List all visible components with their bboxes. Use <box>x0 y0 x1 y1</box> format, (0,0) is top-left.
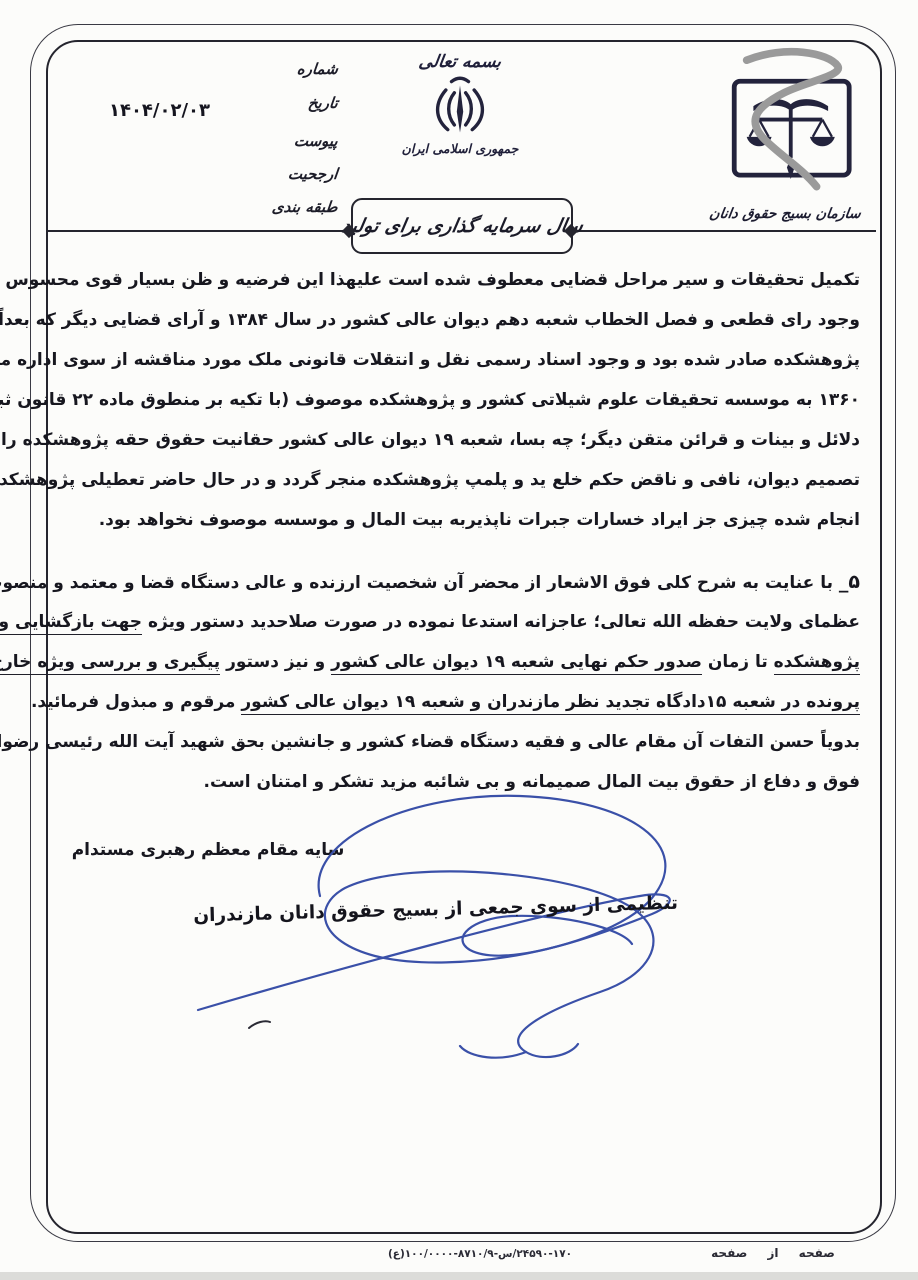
date-value: ۱۴۰۴/۰۲/۰۳ <box>92 100 227 121</box>
body-line: پژوهشکده تا زمان صدور حکم نهایی شعبه ۱۹ … <box>60 642 860 682</box>
underlined-segment: جهت بازگشایی و رفع پلمپ <box>0 612 142 635</box>
body-line: عظمای ولایت حفظه الله تعالی؛ عاجزانه است… <box>60 602 860 642</box>
field-label-date: تاریخ <box>307 94 339 112</box>
body-line: ۱۳۶۰ به موسسه تحقیقات علوم شیلاتی کشور و… <box>60 380 860 420</box>
organization-logo: سازمان بسیج حقوق دانان <box>694 44 876 222</box>
country-name: جمهوری اسلامی ایران <box>378 141 542 156</box>
body-line: تکمیل تحقیقات و سیر مراحل قضایی معطوف شد… <box>60 260 860 300</box>
item-number: ۵_ <box>839 571 860 593</box>
field-label-number: شماره <box>296 60 339 78</box>
body-segment: مرقوم و مبذول فرمائید. <box>31 692 236 712</box>
footer-page-label: صفحه از صفحه <box>688 1246 858 1260</box>
letter-page: شماره تاریخ پیوست ارجحیت طبقه بندی ۱۴۰۴/… <box>0 0 918 1272</box>
body-segment: و نیز دستور <box>226 652 325 672</box>
body-line: بدویاً حسن التفات آن مقام عالی و فقیه دس… <box>60 722 860 762</box>
field-label-classification: طبقه بندی <box>271 198 339 216</box>
logo-caption: سازمان بسیج حقوق دانان <box>693 206 877 222</box>
body-line: تصمیم دیوان، نافی و ناقض حکم خلع ید و پل… <box>60 460 860 500</box>
body-line: پژوهشکده صادر شده بود و وجود اسناد رسمی … <box>60 340 860 380</box>
besmele-text: بسمه تعالی <box>377 52 544 72</box>
underlined-segment: پرونده در شعبه ۱۵دادگاه تجدید نظر مازندر… <box>241 692 860 715</box>
iran-emblem-icon <box>431 74 489 140</box>
year-slogan-banner: سال سرمایه گذاری برای تولید <box>351 198 573 254</box>
scan-edge-shadow <box>0 1272 918 1280</box>
underlined-segment: پژوهشکده <box>774 652 860 675</box>
field-label-attachment: پیوست <box>293 132 339 150</box>
body-line: دلائل و بینات و قرائن متقن دیگر؛ چه بسا،… <box>60 420 860 460</box>
body-line: ۵_ با عنایت به شرح کلی فوق الاشعار از مح… <box>60 562 860 602</box>
body-line: انجام شده چیزی جز ایراد خسارات جبرات ناپ… <box>60 500 860 540</box>
paragraph-gap <box>60 540 860 562</box>
field-label-priority: ارجحیت <box>287 165 339 183</box>
body-segment: عظمای ولایت حفظه الله تعالی؛ عاجزانه است… <box>148 612 860 632</box>
letter-body: تکمیل تحقیقات و سیر مراحل قضایی معطوف شد… <box>60 260 860 802</box>
letterhead-center: بسمه تعالی جمهوری اسلامی ایران <box>378 52 542 156</box>
body-segment: تا زمان <box>708 652 768 672</box>
underlined-segment: پیگیری و بررسی ویژه خارج از نوبت به <box>0 652 220 675</box>
justice-scales-icon <box>694 44 876 199</box>
body-segment: با عنایت به شرح کلی فوق الاشعار از محضر … <box>0 573 833 593</box>
body-line: پرونده در شعبه ۱۵دادگاه تجدید نظر مازندر… <box>60 682 860 722</box>
footer-reference-number: ۲۴۵۹۰-۱۷۰/س-۸۷۱۰/۹-۱۰۰/۰۰۰۰(ع) <box>340 1248 620 1260</box>
year-slogan-text: سال سرمایه گذاری برای تولید <box>340 215 585 237</box>
body-line: وجود رای قطعی و فصل الخطاب شعبه دهم دیوا… <box>60 300 860 340</box>
underlined-segment: صدور حکم نهایی شعبه ۱۹ دیوان عالی کشور <box>331 652 702 675</box>
